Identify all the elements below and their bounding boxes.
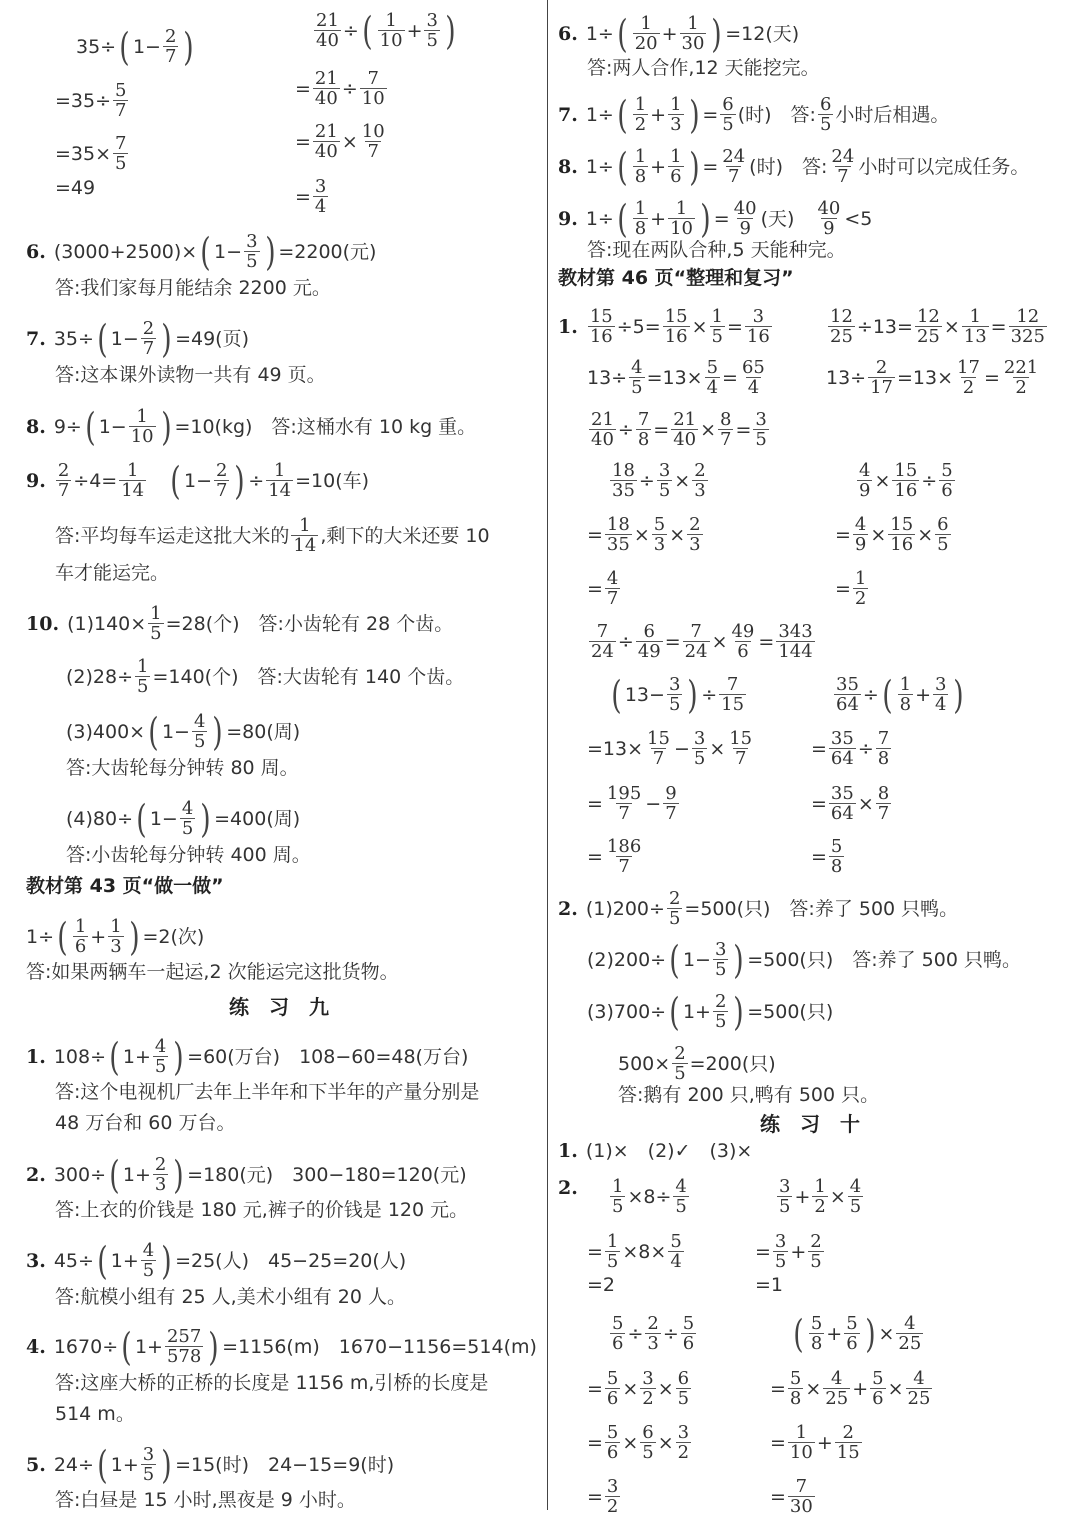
math-text: × xyxy=(878,1323,894,1345)
math-text: =2 xyxy=(587,1274,615,1296)
fraction-numerator: 2 xyxy=(214,461,229,480)
fraction-denominator: 144 xyxy=(776,641,814,661)
fraction-denominator: 3 xyxy=(692,480,707,500)
fraction-numerator: 21 xyxy=(313,69,340,88)
math-text: 500× xyxy=(618,1053,670,1075)
fraction-numerator: 6 xyxy=(640,1423,655,1442)
fraction-numerator: 2 xyxy=(163,27,178,46)
problem-number: 10. xyxy=(26,613,59,635)
fraction-denominator: 25 xyxy=(915,326,942,346)
fraction: 1516 xyxy=(888,515,915,554)
fraction: 217 xyxy=(868,358,895,397)
fraction-numerator: 12 xyxy=(915,307,942,326)
fraction-numerator: 15 xyxy=(727,729,754,748)
fraction-denominator: 3 xyxy=(108,936,123,956)
math-text: 1− xyxy=(150,808,178,830)
fraction: 114 xyxy=(119,461,146,500)
math-text: = xyxy=(587,846,603,868)
math-text: ÷ xyxy=(248,470,264,492)
fraction: 35 xyxy=(773,1232,788,1271)
parenthesis: ) xyxy=(201,800,211,838)
fraction-denominator: 3 xyxy=(687,534,702,554)
fraction-denominator: 15 xyxy=(835,1442,862,1462)
fraction-numerator: 343 xyxy=(776,622,814,641)
math-text: = xyxy=(714,208,730,230)
fraction-numerator: 65 xyxy=(740,358,767,377)
math-text: ÷ xyxy=(858,738,874,760)
fraction-numerator: 2 xyxy=(808,1232,823,1251)
fraction-numerator: 3 xyxy=(244,232,259,251)
fraction-denominator: 8 xyxy=(633,166,648,186)
math-text: + xyxy=(915,684,931,706)
math-text: =60(万台) 108−60=48(万台) xyxy=(187,1046,468,1068)
math-text: ÷ xyxy=(627,1323,643,1345)
math-text: 车才能运完。 xyxy=(55,562,169,584)
fraction-numerator: 7 xyxy=(636,410,651,429)
fraction: 3564 xyxy=(834,675,861,714)
fraction-numerator: 12 xyxy=(1014,307,1041,326)
fraction-denominator: 40 xyxy=(313,141,340,161)
fraction-denominator: 5 xyxy=(141,1464,156,1484)
fraction-numerator: 21 xyxy=(314,11,341,30)
fraction: 18 xyxy=(633,199,648,238)
fraction: 1516 xyxy=(892,461,919,500)
fraction-numerator: 18 xyxy=(610,461,637,480)
math-text: × xyxy=(805,1378,821,1400)
math-text: (2)28÷ xyxy=(66,666,133,688)
solution-line: 7.35÷(1−27)=49(页) xyxy=(26,319,249,358)
fraction-numerator: 5 xyxy=(652,515,667,534)
fraction-numerator: 3 xyxy=(313,177,328,196)
fraction-denominator: 7 xyxy=(616,803,631,823)
problem-number: 8. xyxy=(558,156,578,178)
fraction: 425 xyxy=(906,1369,933,1408)
fraction-numerator: 1 xyxy=(710,307,725,326)
fraction-numerator: 3 xyxy=(667,675,682,694)
fraction-numerator: 15 xyxy=(645,729,672,748)
math-text: × xyxy=(669,524,685,546)
solution-line: 答:我们家每月能结余 2200 元。 xyxy=(55,277,331,299)
fraction: 113 xyxy=(962,307,989,346)
math-text: 答:大齿轮每分钟转 80 周。 xyxy=(66,757,299,779)
fraction-numerator: 5 xyxy=(605,1369,620,1388)
math-text: 1− xyxy=(111,328,139,350)
fraction-denominator: 5 xyxy=(935,534,950,554)
math-text: = xyxy=(295,131,311,153)
fraction: 49 xyxy=(857,461,872,500)
fraction-denominator: 8 xyxy=(636,429,651,449)
problem-number: 1. xyxy=(558,1140,578,1162)
fraction: 110 xyxy=(668,199,695,238)
solution-line: 3.45÷(1+45)=25(人) 45−25=20(人) xyxy=(26,1241,406,1280)
math-text: × xyxy=(622,1432,638,1454)
parenthesis: ) xyxy=(712,15,722,53)
solution-line: 2.(1)200÷25=500(只) 答:养了 500 只鸭。 xyxy=(558,889,958,928)
fraction: 654 xyxy=(740,358,767,397)
parenthesis: ) xyxy=(689,96,699,134)
math-text: = xyxy=(770,1486,786,1508)
math-text: 小时后相遇。 xyxy=(835,104,949,126)
math-text: ×8÷ xyxy=(627,1186,671,1208)
math-text: =500(只) 答:养了 500 只鸭。 xyxy=(747,949,1021,971)
solution-line: 49×1516÷56 xyxy=(855,461,957,500)
fraction: 34 xyxy=(313,177,328,216)
fraction: 45 xyxy=(673,1177,688,1216)
math-text: (2)200÷ xyxy=(587,949,666,971)
fraction-denominator: 35 xyxy=(605,534,632,554)
fraction-denominator: 14 xyxy=(119,480,146,500)
math-text: (天) xyxy=(761,208,814,230)
parenthesis: ) xyxy=(700,200,710,238)
fraction-denominator: 7 xyxy=(726,166,741,186)
fraction-numerator: 7 xyxy=(725,675,740,694)
fraction-numerator: 1 xyxy=(272,461,287,480)
math-text: 45÷ xyxy=(54,1250,94,1272)
math-text: × xyxy=(658,1432,674,1454)
fraction: 35 xyxy=(777,1177,792,1216)
fraction: 3564 xyxy=(829,784,856,823)
fraction-denominator: 5 xyxy=(676,1388,691,1408)
fraction-numerator: 1 xyxy=(812,1177,827,1196)
fraction-denominator: 5 xyxy=(777,1196,792,1216)
solution-line: (4)80÷(1−45)=400(周) xyxy=(66,799,300,838)
math-text: ÷ xyxy=(343,20,359,42)
math-text: =1156(m) 1670−1156=514(m) xyxy=(222,1336,537,1358)
fraction: 35 xyxy=(667,675,682,714)
fraction-numerator: 10 xyxy=(360,122,387,141)
fraction-numerator: 1 xyxy=(134,407,149,426)
math-text: =35× xyxy=(55,143,111,165)
fraction-numerator: 1 xyxy=(73,917,88,936)
solution-line: =34 xyxy=(295,177,330,216)
fraction: 1835 xyxy=(605,515,632,554)
solution-line: 9.1÷(18+110)=409(天) 409<5 xyxy=(558,199,872,238)
fraction-denominator: 3 xyxy=(645,1333,660,1353)
fraction: 45 xyxy=(153,1037,168,1076)
math-text: 1− xyxy=(133,36,161,58)
solution-line: 13÷217=13×172=2212 xyxy=(826,358,1042,397)
fraction-denominator: 2 xyxy=(676,1442,691,1462)
fraction-numerator: 2 xyxy=(667,889,682,908)
math-text: × xyxy=(634,524,650,546)
fraction-numerator: 1 xyxy=(685,14,700,33)
fraction-numerator: 3 xyxy=(640,1369,655,1388)
solution-line: 35+12×45 xyxy=(775,1177,865,1216)
math-text: ÷13= xyxy=(857,316,913,338)
fraction: 1225 xyxy=(915,307,942,346)
math-text: − xyxy=(674,738,690,760)
parenthesis: ( xyxy=(170,462,180,500)
fraction: 56 xyxy=(870,1369,885,1408)
fraction: 15 xyxy=(135,657,150,696)
solution-line: 15×8÷45 xyxy=(608,1177,691,1216)
math-text: ×8× xyxy=(622,1241,666,1263)
fraction-denominator: 30 xyxy=(680,33,707,53)
math-text: 35÷ xyxy=(54,328,94,350)
solution-line: 13÷45=13×54=654 xyxy=(587,358,769,397)
math-text: 1− xyxy=(214,241,242,263)
math-text: =140(个) 答:大齿轮有 140 个齿。 xyxy=(152,666,464,688)
exercise-title: 练习九 xyxy=(229,996,349,1018)
math-text: = xyxy=(755,1241,771,1263)
fraction-numerator: 4 xyxy=(141,1241,156,1260)
fraction-denominator: 40 xyxy=(313,88,340,108)
fraction: 23 xyxy=(692,461,707,500)
fraction-numerator: 5 xyxy=(605,1423,620,1442)
fraction-denominator: 20 xyxy=(633,33,660,53)
problem-number: 2. xyxy=(558,1177,578,1199)
math-text: × xyxy=(709,738,725,760)
fraction-denominator: 8 xyxy=(809,1333,824,1353)
fraction-denominator: 5 xyxy=(148,623,163,643)
fraction-denominator: 5 xyxy=(141,1260,156,1280)
fraction-numerator: 5 xyxy=(809,1314,824,1333)
parenthesis: ( xyxy=(136,800,146,838)
fraction-denominator: 2 xyxy=(633,114,648,134)
fraction: 724 xyxy=(589,622,616,661)
math-text: = xyxy=(295,186,311,208)
solution-line: 答:大齿轮每分钟转 80 周。 xyxy=(66,757,299,779)
fraction-denominator: 49 xyxy=(636,641,663,661)
math-text: + xyxy=(790,1241,806,1263)
fraction-denominator: 5 xyxy=(244,251,259,271)
math-text: 1+ xyxy=(135,1336,163,1358)
math-text: × xyxy=(874,470,890,492)
math-text: 答:上衣的价钱是 180 元,裤子的价钱是 120 元。 xyxy=(55,1199,468,1221)
math-text: 1− xyxy=(683,949,711,971)
parenthesis: ( xyxy=(200,233,210,271)
math-text: 答:这个电视机厂去年上半年和下半年的产量分别是 xyxy=(55,1081,479,1103)
solution-line: 3564÷(18+34) xyxy=(832,675,967,714)
math-text: =400(周) xyxy=(214,808,300,830)
solution-line: =49 xyxy=(55,177,95,199)
fraction-numerator: 5 xyxy=(829,837,844,856)
parenthesis: ) xyxy=(689,148,699,186)
solution-line: 9.27÷4=114 (1−27)÷114=10(车) xyxy=(26,461,369,500)
problem-number: 1. xyxy=(558,316,578,338)
math-text: = xyxy=(587,1241,603,1263)
math-text: × xyxy=(888,1378,904,1400)
fraction-denominator: 40 xyxy=(671,429,698,449)
math-text: ÷4= xyxy=(73,470,117,492)
fraction-denominator: 7 xyxy=(616,856,631,876)
solution-line: (2)28÷15=140(个) 答:大齿轮有 140 个齿。 xyxy=(66,657,464,696)
fraction-numerator: 3 xyxy=(777,1177,792,1196)
math-text: 答:这座大桥的正桥的长度是 1156 m,引桥的长度是 xyxy=(55,1372,488,1394)
parenthesis: ) xyxy=(445,12,455,50)
solution-line: 500×25=200(只) xyxy=(618,1044,776,1083)
math-text: 48 万台和 60 万台。 xyxy=(55,1112,235,1134)
solution-line: 1835÷35×23 xyxy=(608,461,710,500)
fraction: 257578 xyxy=(165,1327,203,1366)
fraction-numerator: 40 xyxy=(815,199,842,218)
fraction-numerator: 1 xyxy=(148,604,163,623)
parenthesis: ) xyxy=(174,1038,184,1076)
fraction: 15 xyxy=(710,307,725,346)
fraction-denominator: 4 xyxy=(746,377,761,397)
fraction-denominator: 25 xyxy=(823,1388,850,1408)
fraction-numerator: 6 xyxy=(720,95,735,114)
fraction: 35 xyxy=(753,410,768,449)
fraction-numerator: 5 xyxy=(844,1314,859,1333)
math-text: × xyxy=(674,470,690,492)
fraction-denominator: 5 xyxy=(640,1442,655,1462)
fraction-denominator: 5 xyxy=(424,30,439,50)
fraction-denominator: 10 xyxy=(668,218,695,238)
parenthesis: ( xyxy=(57,918,67,956)
fraction-denominator: 7 xyxy=(651,748,666,768)
fraction: 2140 xyxy=(671,410,698,449)
math-text: 1+ xyxy=(123,1046,151,1068)
solution-line: 48 万台和 60 万台。 xyxy=(55,1112,235,1134)
parenthesis: ( xyxy=(617,200,627,238)
solution-line: 56÷23÷56 xyxy=(608,1314,698,1353)
fraction-denominator: 5 xyxy=(605,1251,620,1271)
fraction-denominator: 5 xyxy=(818,114,833,134)
fraction: 3564 xyxy=(829,729,856,768)
solution-line: 1225÷13=1225×113=12325 xyxy=(826,307,1049,346)
solution-line: =49×1516×65 xyxy=(835,515,953,554)
math-text: + xyxy=(662,23,678,45)
fraction: 65 xyxy=(640,1423,655,1462)
fraction: 45 xyxy=(629,358,644,397)
problem-number: 2. xyxy=(26,1164,46,1186)
fraction: 35 xyxy=(713,940,728,979)
math-text: 答:我们家每月能结余 2200 元。 xyxy=(55,277,331,299)
fraction: 27 xyxy=(141,319,156,358)
solution-line: 2. xyxy=(558,1177,586,1199)
parenthesis: ( xyxy=(362,12,372,50)
fraction-numerator: 15 xyxy=(892,461,919,480)
parenthesis: ( xyxy=(97,1242,107,1280)
problem-number: 7. xyxy=(558,104,578,126)
fraction-numerator: 7 xyxy=(113,134,128,153)
fraction: 78 xyxy=(636,410,651,449)
math-text: (1)× (2)✓ (3)× xyxy=(586,1140,753,1162)
fraction-numerator: 1 xyxy=(633,147,648,166)
fraction-numerator: 2 xyxy=(672,1044,687,1063)
parenthesis: ) xyxy=(865,1315,875,1353)
math-text: × xyxy=(658,1378,674,1400)
math-text: ÷ xyxy=(618,631,634,653)
solution-line: (13−35)÷715 xyxy=(608,675,748,714)
math-text: (3)700÷ xyxy=(587,1001,666,1023)
solution-line: 1÷(16+13)=2(次) xyxy=(26,917,204,956)
fraction: 25 xyxy=(713,992,728,1031)
parenthesis: ) xyxy=(161,1446,171,1484)
fraction: 496 xyxy=(729,622,756,661)
fraction-numerator: 1 xyxy=(125,461,140,480)
math-text: × xyxy=(870,524,886,546)
column-divider xyxy=(547,0,548,1510)
fraction-numerator: 24 xyxy=(829,147,856,166)
parenthesis: ) xyxy=(235,462,245,500)
parenthesis: ) xyxy=(209,1328,219,1366)
fraction-numerator: 7 xyxy=(794,1477,809,1496)
parenthesis: ) xyxy=(954,676,964,714)
fraction: 13 xyxy=(108,917,123,956)
math-text: 300÷ xyxy=(54,1164,106,1186)
fraction: 18 xyxy=(898,675,913,714)
fraction: 2212 xyxy=(1002,358,1040,397)
parenthesis: ( xyxy=(669,993,679,1031)
fraction-numerator: 6 xyxy=(676,1369,691,1388)
fraction-numerator: 15 xyxy=(663,307,690,326)
fraction-denominator: 5 xyxy=(113,153,128,173)
fraction-numerator: 1 xyxy=(898,675,913,694)
math-text: ÷ xyxy=(701,684,717,706)
fraction: 58 xyxy=(809,1314,824,1353)
math-text: + xyxy=(817,1432,833,1454)
math-text: + xyxy=(852,1378,868,1400)
fraction-numerator: 4 xyxy=(180,799,195,818)
solution-line: 练习九 xyxy=(229,996,349,1018)
solution-line: (3)700÷(1+25)=500(只) xyxy=(587,992,833,1031)
fraction: 247 xyxy=(720,147,747,186)
fraction-numerator: 3 xyxy=(424,11,439,30)
fraction: 35 xyxy=(657,461,672,500)
fraction: 13 xyxy=(668,95,683,134)
fraction-denominator: 9 xyxy=(857,480,872,500)
fraction: 56 xyxy=(605,1369,620,1408)
solution-line: (2)200÷(1−35)=500(只) 答:养了 500 只鸭。 xyxy=(587,940,1021,979)
solution-line: =58 xyxy=(811,837,846,876)
solution-line: 1.1516÷5=1516×15=316 xyxy=(558,307,774,346)
fraction-numerator: 4 xyxy=(192,712,207,731)
fraction: 47 xyxy=(605,569,620,608)
fraction: 35 xyxy=(424,11,439,50)
fraction-numerator: 5 xyxy=(705,358,720,377)
fraction-numerator: 15 xyxy=(888,515,915,534)
fraction-numerator: 4 xyxy=(829,1369,844,1388)
fraction: 114 xyxy=(266,461,293,500)
math-text: = xyxy=(587,1432,603,1454)
fraction-numerator: 7 xyxy=(876,729,891,748)
fraction: 65 xyxy=(720,95,735,134)
fraction: 1957 xyxy=(605,784,643,823)
math-text: ÷ xyxy=(663,1323,679,1345)
fraction-denominator: 5 xyxy=(713,959,728,979)
math-text: 1÷ xyxy=(586,208,614,230)
fraction: 78 xyxy=(876,729,891,768)
solution-line: 724÷649=724×496=343144 xyxy=(587,622,817,661)
fraction-numerator: 1 xyxy=(605,1232,620,1251)
math-text: 13÷ xyxy=(587,367,627,389)
solution-line: =1835×53×23 xyxy=(587,515,705,554)
math-text: × xyxy=(944,316,960,338)
math-text: =13× xyxy=(897,367,953,389)
fraction: 730 xyxy=(788,1477,815,1516)
math-text: 答:这本课外读物一共有 49 页。 xyxy=(55,364,326,386)
fraction-numerator: 5 xyxy=(939,461,954,480)
fraction-denominator: 25 xyxy=(896,1333,923,1353)
math-text: =80(周) xyxy=(226,721,300,743)
solution-line: =3564÷78 xyxy=(811,729,893,768)
fraction-denominator: 9 xyxy=(737,218,752,238)
fraction-numerator: 3 xyxy=(773,1232,788,1251)
fraction-numerator: 17 xyxy=(955,358,982,377)
fraction: 49 xyxy=(853,515,868,554)
fraction-numerator: 49 xyxy=(729,622,756,641)
fraction: 425 xyxy=(823,1369,850,1408)
fraction-denominator: 3 xyxy=(153,1174,168,1194)
fraction-numerator: 21 xyxy=(671,410,698,429)
fraction-numerator: 1 xyxy=(668,95,683,114)
math-text: = xyxy=(758,631,774,653)
fraction-numerator: 2 xyxy=(153,1155,168,1174)
fraction-numerator: 40 xyxy=(732,199,759,218)
fraction-numerator: 221 xyxy=(1002,358,1040,377)
